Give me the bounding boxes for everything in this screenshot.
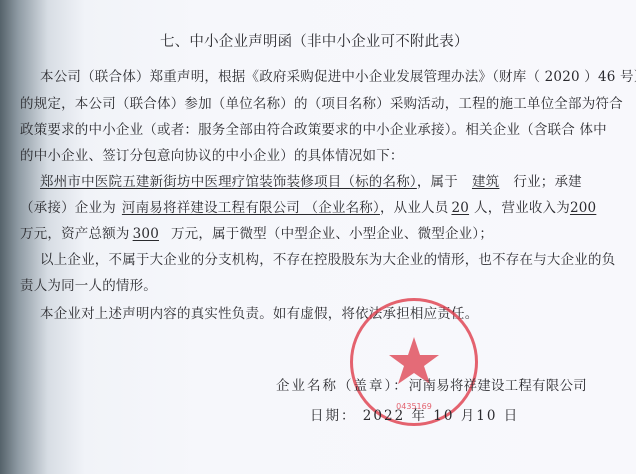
signature-label: 企业名称（盖章）： [276, 378, 409, 394]
contractor-prefix: （承接）企业为 [20, 200, 116, 216]
para1-line1: 本公司（联合体）郑重声明，根据《政府采购促进中小企业发展管理办法》（财库（ 20… [40, 65, 636, 85]
project-name: 郑州市中医院五建新街坊中医理疗馆装饰装修项目（标的名称） [40, 174, 417, 190]
para3-line2: 责人为同一人的情形。 [20, 274, 157, 294]
date-label: 日期： [310, 408, 357, 424]
assets-suffix: 万元，属于微型（中型企业、小型企业、微型企业）； [171, 226, 493, 242]
date-line: 日期： 2022 年 10 月10 日 [310, 404, 519, 424]
para2-line3: 万元，资产总额为300万元，属于微型（中型企业、小型企业、微型企业）； [20, 222, 493, 242]
para1-line2: 的规定，本公司（联合体）参加（单位名称）的（项目名称）采购活动，工程的施工单位全… [20, 92, 623, 112]
assets-prefix: 万元，资产总额为 [20, 226, 130, 242]
document-title: 七、中小企业声明函（非中小企业可不附此表） [160, 30, 469, 51]
para3-line1: 以上企业，不属于大企业的分支机构，不存在控股股东为大企业的情形，也不存在与大企业… [40, 248, 615, 268]
date-year: 2022 [363, 408, 405, 424]
revenue-field: 200 [570, 200, 599, 216]
company-name-field: 河南易将祥建设工程有限公司 （企业名称） [116, 200, 380, 216]
signature-line: 企业名称（盖章）：河南易将祥建设工程有限公司 [276, 374, 587, 394]
employees-suffix: 人，营业收入为 [474, 200, 570, 216]
belongs-to-text: ，属于 [417, 174, 458, 190]
assets-field: 300 [130, 226, 171, 242]
employees-field: 20 [448, 200, 474, 216]
employees-prefix: ，从业人员 [380, 200, 449, 216]
declaration-page: 七、中小企业声明函（非中小企业可不附此表） 本公司（联合体）郑重声明，根据《政府… [0, 0, 636, 474]
date-month: 10 [433, 408, 454, 424]
industry-suffix: 行业；承建 [513, 174, 582, 190]
date-day: 10 [476, 408, 497, 424]
para2-line2: （承接）企业为河南易将祥建设工程有限公司 （企业名称），从业人员20人，营业收入… [20, 196, 599, 216]
industry-field: 建筑 [458, 174, 513, 190]
para2-line1: 郑州市中医院五建新街坊中医理疗馆装饰装修项目（标的名称），属于建筑行业；承建 [40, 170, 582, 190]
para1-line4: 的中小企业、签订分包意向协议的中小企业）的具体情况如下： [20, 144, 404, 164]
signature-company: 河南易将祥建设工程有限公司 [409, 378, 587, 394]
para1-line3: 政策要求的中小企业（或者：服务全部由符合政策要求的中小企业承接）。相关企业（含联… [20, 118, 607, 138]
